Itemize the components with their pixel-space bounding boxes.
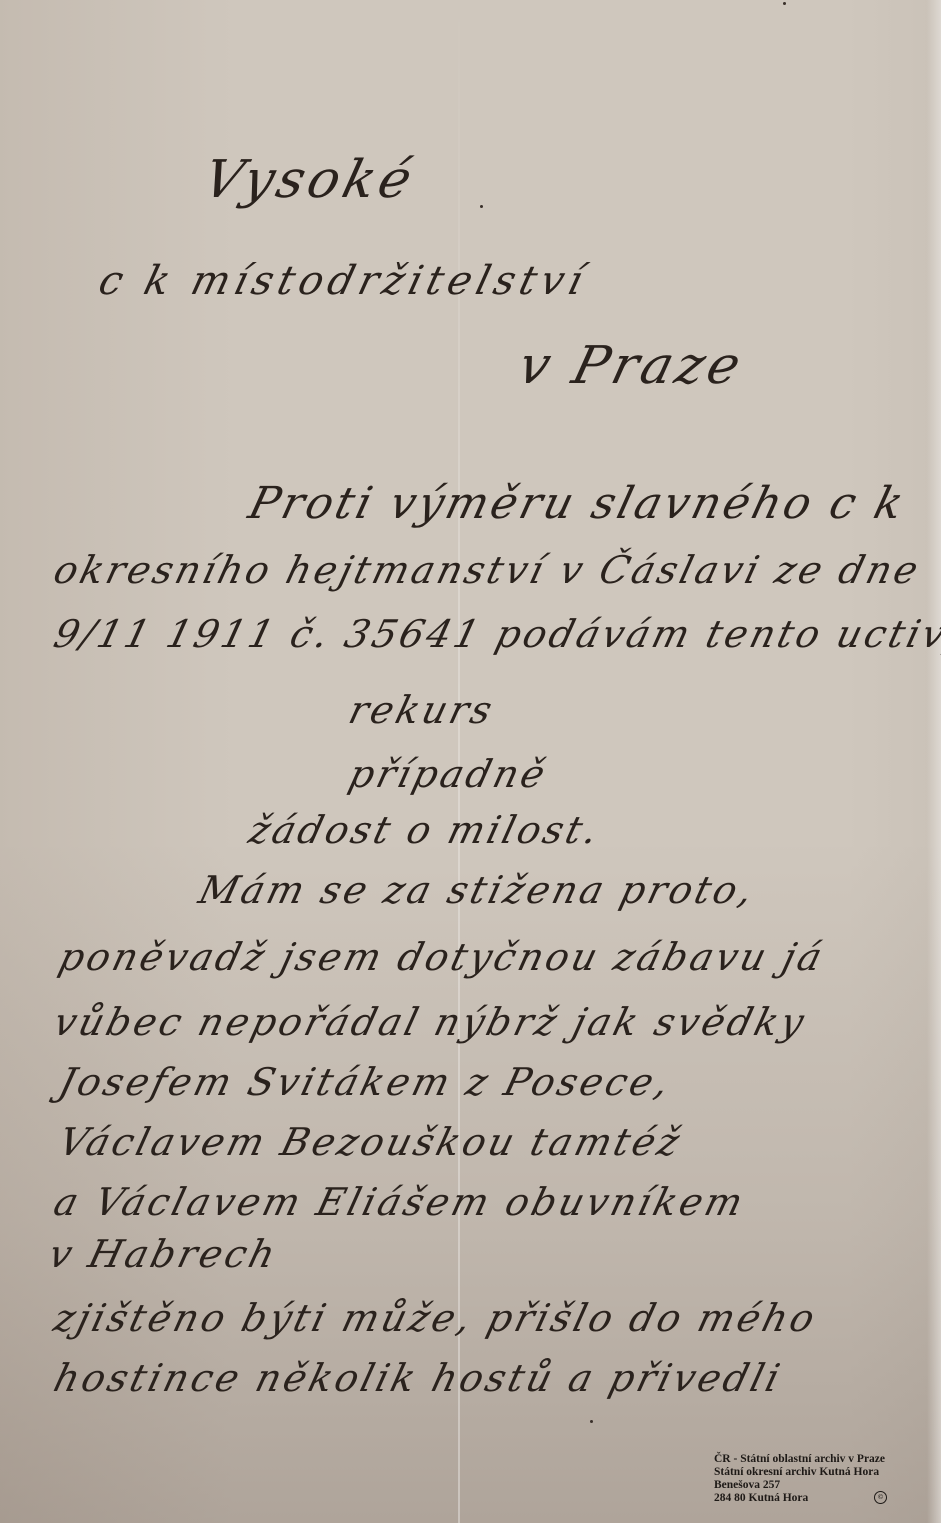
subject-rekurs: rekurs (345, 688, 500, 732)
scanned-document-page: Vysoké c k místodržitelství v Praze Prot… (0, 0, 941, 1523)
subject-pripadne: případně (345, 752, 553, 796)
intro-line-2: okresního hejtmanství v Čáslavi ze dne (50, 548, 926, 592)
body-line-9: hostince několik hostů a přivedli (50, 1356, 788, 1400)
archive-stamp-line-2: Státní okresní archiv Kutná Hora (714, 1466, 885, 1479)
address-line-vysoke: Vysoké (198, 150, 422, 210)
body-line-1: Mám se za stižena proto, (195, 868, 761, 912)
archive-stamp-line-1: ČR - Státní oblastní archiv v Praze (714, 1453, 885, 1466)
intro-line-1: Proti výměru slavného c k (244, 478, 912, 529)
paper-right-edge (927, 0, 941, 1523)
body-line-4: Josefem Svitákem z Posece, (55, 1060, 677, 1104)
address-line-v-praze: v Praze (513, 336, 751, 396)
subject-zadost-o-milost: žádost o milost. (245, 808, 606, 852)
body-line-7: v Habrech (45, 1232, 283, 1276)
archive-stamp-line-4: 284 80 Kutná Hora (714, 1492, 885, 1505)
archive-stamp-line-3: Benešova 257 (714, 1479, 885, 1492)
body-line-5: Václavem Bezouškou tamtéž (55, 1120, 687, 1164)
copyright-circle-icon: © (874, 1491, 887, 1504)
ink-speck (783, 2, 786, 5)
ink-speck (590, 1420, 593, 1423)
body-line-6: a Václavem Eliášem obuvníkem (50, 1180, 751, 1224)
address-line-mistodrzitelstvi: c k místodržitelství (94, 258, 592, 304)
archive-stamp: ČR - Státní oblastní archiv v Praze Stát… (714, 1453, 885, 1505)
intro-line-3: 9/11 1911 č. 35641 podávám tento uctivý (50, 612, 941, 656)
body-line-2: poněvadž jsem dotyčnou zábavu já (55, 935, 830, 979)
ink-speck (480, 205, 483, 208)
body-line-3: vůbec nepořádal nýbrž jak svědky (50, 1000, 812, 1044)
body-line-8: zjištěno býti může, přišlo do mého (50, 1296, 823, 1340)
